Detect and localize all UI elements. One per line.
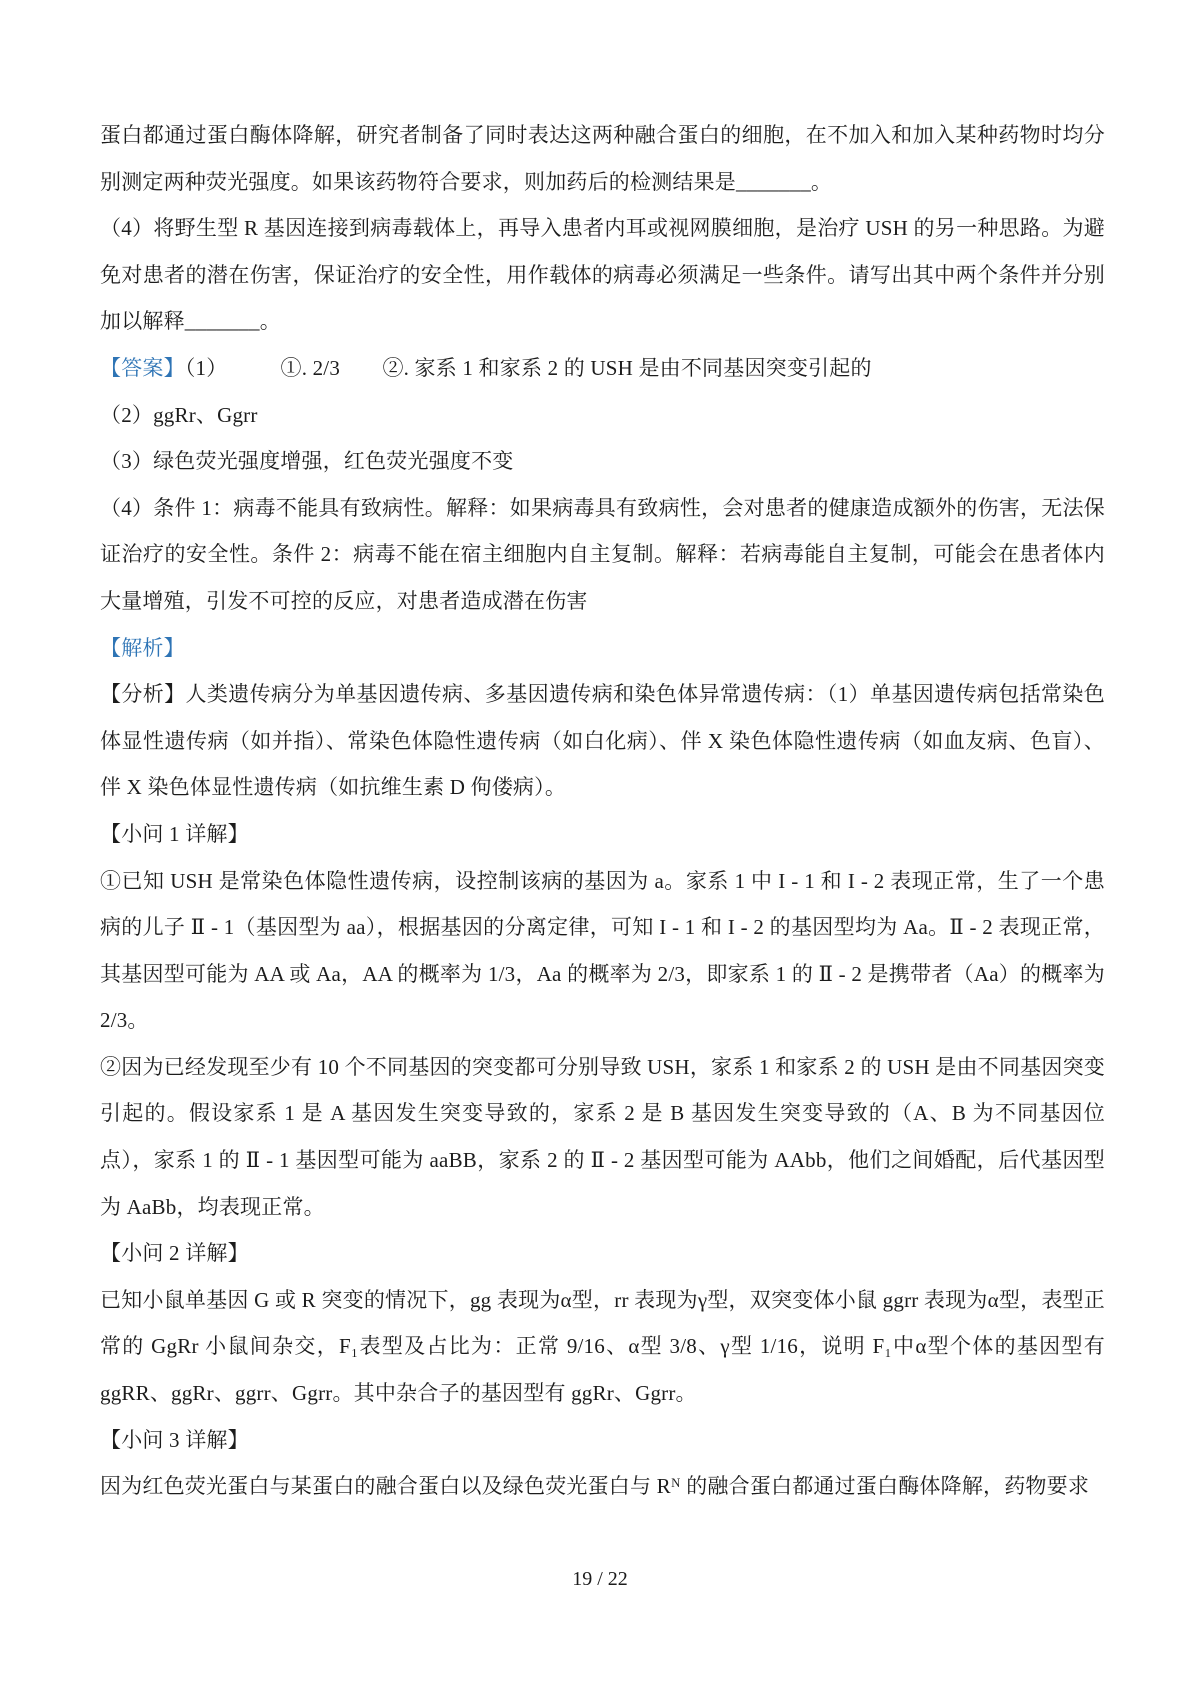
- paragraph-text: ②因为已经发现至少有 10 个不同基因的突变都可分别导致 USH，家系 1 和家…: [100, 1055, 1105, 1219]
- subquestion-3-detail: 因为红色荧光蛋白与某蛋白的融合蛋白以及绿色荧光蛋白与 Rᴺ 的融合蛋白都通过蛋白…: [100, 1463, 1105, 1510]
- subquestion-1-detail-1: ①已知 USH 是常染色体隐性遗传病，设控制该病的基因为 a。家系 1 中 I …: [100, 858, 1105, 1044]
- analysis-overview: 【分析】人类遗传病分为单基因遗传病、多基因遗传病和染色体异常遗传病：（1）单基因…: [100, 671, 1105, 811]
- paragraph-text: 因为红色荧光蛋白与某蛋白的融合蛋白以及绿色荧光蛋白与 Rᴺ 的融合蛋白都通过蛋白…: [100, 1474, 1089, 1498]
- answer-paragraph-2: （2）ggRr、Ggrr: [100, 392, 1105, 439]
- analysis-tag: 【解析】: [100, 636, 185, 660]
- question-4-text: （4）将野生型 R 基因连接到病毒载体上，再导入患者内耳或视网膜细胞，是治疗 U…: [100, 205, 1105, 345]
- subquestion-3-heading: 【小问 3 详解】: [100, 1417, 1105, 1464]
- paragraph-text: 【小问 2 详解】: [100, 1241, 249, 1265]
- paragraph-text: 蛋白都通过蛋白酶体降解，研究者制备了同时表达这两种融合蛋白的细胞，在不加入和加入…: [100, 123, 1105, 194]
- answer-paragraph-3: （3）绿色荧光强度增强，红色荧光强度不变: [100, 438, 1105, 485]
- subquestion-1-heading: 【小问 1 详解】: [100, 811, 1105, 858]
- answer-tag: 【答案】: [100, 356, 185, 380]
- paragraph-text: （4）将野生型 R 基因连接到病毒载体上，再导入患者内耳或视网膜细胞，是治疗 U…: [100, 216, 1105, 333]
- answer-paragraph-1: 【答案】（1） ①. 2/3 ②. 家系 1 和家系 2 的 USH 是由不同基…: [100, 345, 1105, 392]
- subquestion-2-heading: 【小问 2 详解】: [100, 1230, 1105, 1277]
- paragraph-text: （2）ggRr、Ggrr: [100, 403, 258, 427]
- subquestion-2-detail: 已知小鼠单基因 G 或 R 突变的情况下，gg 表现为α型，rr 表现为γ型，双…: [100, 1277, 1105, 1417]
- paragraph-text: 【分析】人类遗传病分为单基因遗传病、多基因遗传病和染色体异常遗传病：（1）单基因…: [100, 682, 1105, 799]
- continued-question-3-text: 蛋白都通过蛋白酶体降解，研究者制备了同时表达这两种融合蛋白的细胞，在不加入和加入…: [100, 112, 1105, 205]
- paragraph-text: 【小问 1 详解】: [100, 822, 249, 846]
- paragraph-text: （1） ①. 2/3 ②. 家系 1 和家系 2 的 USH 是由不同基因突变引…: [185, 356, 872, 380]
- subquestion-1-detail-2: ②因为已经发现至少有 10 个不同基因的突变都可分别导致 USH，家系 1 和家…: [100, 1044, 1105, 1230]
- paragraph-text: （3）绿色荧光强度增强，红色荧光强度不变: [100, 449, 514, 473]
- paragraph-text: （4）条件 1：病毒不能具有致病性。解释：如果病毒具有致病性，会对患者的健康造成…: [100, 496, 1105, 613]
- paragraph-text: ①已知 USH 是常染色体隐性遗传病，设控制该病的基因为 a。家系 1 中 I …: [100, 869, 1105, 1033]
- paragraph-text: 已知小鼠单基因 G 或 R 突变的情况下，gg 表现为α型，rr 表现为γ型，双…: [100, 1288, 1105, 1405]
- analysis-heading: 【解析】: [100, 625, 1105, 672]
- answer-paragraph-4: （4）条件 1：病毒不能具有致病性。解释：如果病毒具有致病性，会对患者的健康造成…: [100, 485, 1105, 625]
- document-body: 蛋白都通过蛋白酶体降解，研究者制备了同时表达这两种融合蛋白的细胞，在不加入和加入…: [100, 112, 1105, 1510]
- paragraph-text: 【小问 3 详解】: [100, 1428, 249, 1452]
- page-number: 19 / 22: [0, 1568, 1200, 1591]
- document-page: 蛋白都通过蛋白酶体降解，研究者制备了同时表达这两种融合蛋白的细胞，在不加入和加入…: [0, 0, 1200, 1697]
